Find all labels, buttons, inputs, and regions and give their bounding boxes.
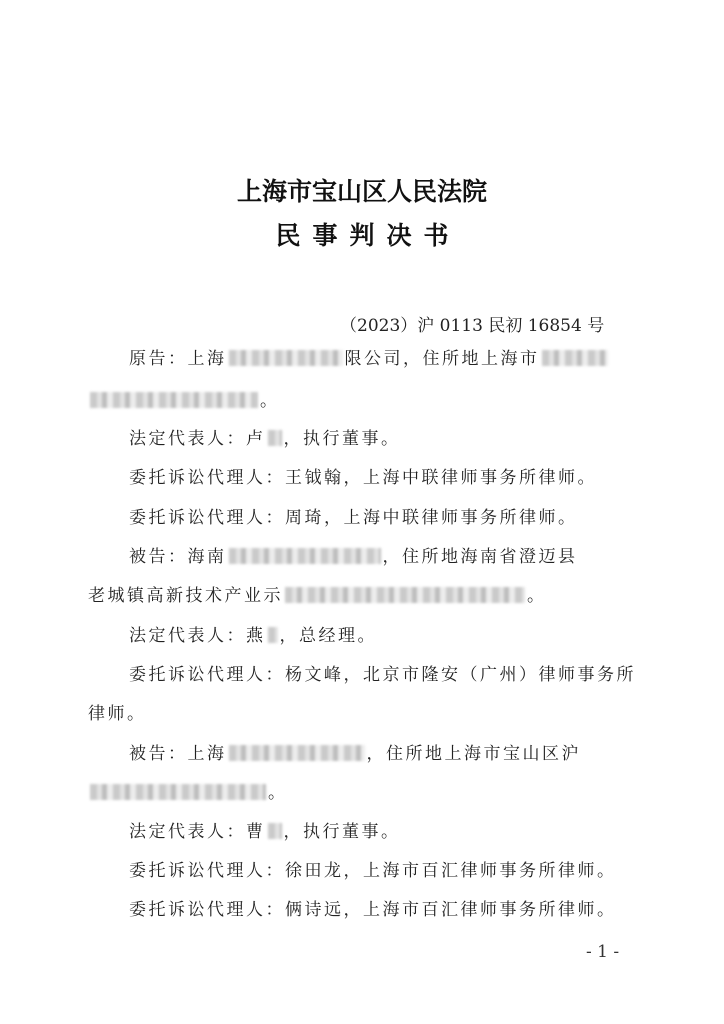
legal-rep-label: 法定代表人：卢: [129, 429, 266, 449]
redacted-company-name: [229, 548, 381, 564]
redacted-name: [268, 627, 278, 643]
defendant-address: 老城镇高新技术产业示: [88, 586, 283, 606]
redacted-name: [268, 430, 282, 446]
redacted-name: [268, 823, 282, 839]
defendant-address-prefix: ，住所地海南省澄迈县: [383, 547, 578, 567]
redacted-address: [90, 784, 266, 800]
defendant-1-agent-line-2: 律师。: [88, 704, 147, 724]
defendant-2-line-2: 。: [88, 783, 288, 803]
defendant-label: 被告：上海: [129, 744, 227, 764]
legal-rep-title: ，总经理。: [280, 626, 378, 646]
plaintiff-line-1: 原告：上海限公司，住所地上海市: [129, 349, 610, 369]
punctuation: 。: [260, 391, 280, 411]
plaintiff-label: 原告：上海: [129, 349, 227, 369]
defendant-2-agent-1: 委托诉讼代理人：徐田龙，上海市百汇律师事务所律师。: [129, 861, 617, 881]
defendant-2-agent-2: 委托诉讼代理人：俩诗远，上海市百汇律师事务所律师。: [129, 900, 617, 920]
punctuation: 。: [268, 783, 288, 803]
plaintiff-legal-rep: 法定代表人：卢，执行董事。: [129, 429, 401, 449]
legal-rep-title: ，执行董事。: [284, 429, 401, 449]
defendant-2-legal-rep: 法定代表人：曹，执行董事。: [129, 822, 401, 842]
defendant-1-agent-line-1: 委托诉讼代理人：杨文峰，北京市隆安（广州）律师事务所: [129, 665, 636, 685]
plaintiff-address-prefix: 限公司，住所地上海市: [345, 349, 540, 369]
legal-rep-title: ，执行董事。: [284, 822, 401, 842]
plaintiff-line-2: 。: [88, 391, 280, 411]
punctuation: 。: [527, 586, 547, 606]
redacted-address: [90, 392, 258, 408]
defendant-1-legal-rep: 法定代表人：燕，总经理。: [129, 626, 377, 646]
redacted-company-name: [229, 350, 343, 366]
plaintiff-agent-2: 委托诉讼代理人：周琦，上海中联律师事务所律师。: [129, 508, 578, 528]
court-name: 上海市宝山区人民法院: [0, 172, 724, 208]
document-type: 民事判决书: [0, 216, 724, 252]
judgment-page: 上海市宝山区人民法院 民事判决书 （2023）沪 0113 民初 16854 号…: [0, 0, 724, 1024]
redacted-address: [285, 587, 525, 603]
defendant-1-line-1: 被告：海南，住所地海南省澄迈县: [129, 547, 578, 567]
redacted-address: [542, 350, 608, 366]
redacted-company-name: [229, 745, 365, 761]
plaintiff-agent-1: 委托诉讼代理人：王钺翰，上海中联律师事务所律师。: [129, 468, 597, 488]
defendant-address-prefix: ，住所地上海市宝山区沪: [367, 744, 582, 764]
defendant-label: 被告：海南: [129, 547, 227, 567]
defendant-2-line-1: 被告：上海，住所地上海市宝山区沪: [129, 744, 581, 764]
defendant-1-line-2: 老城镇高新技术产业示。: [88, 586, 547, 606]
page-number: - 1 -: [586, 942, 619, 962]
legal-rep-label: 法定代表人：曹: [129, 822, 266, 842]
legal-rep-label: 法定代表人：燕: [129, 626, 266, 646]
case-number: （2023）沪 0113 民初 16854 号: [340, 311, 604, 336]
